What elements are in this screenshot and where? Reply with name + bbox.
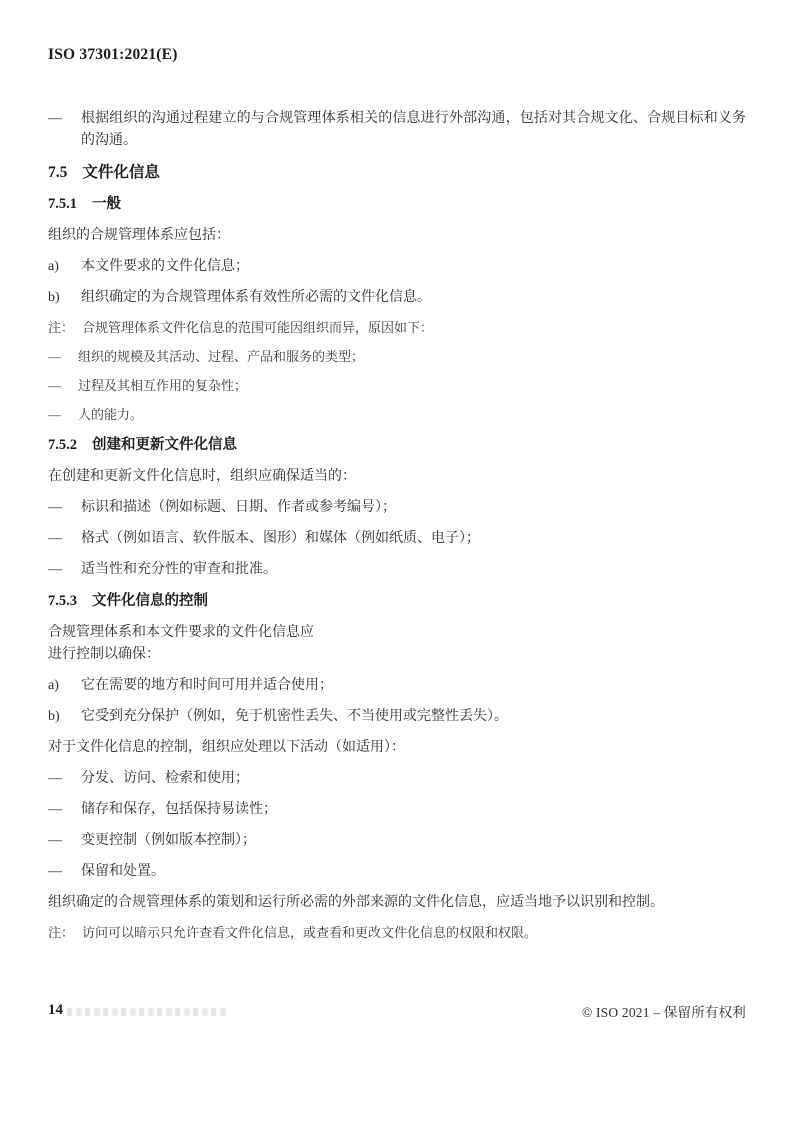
item-text: 变更控制（例如版本控制）； [81, 830, 746, 852]
item-dash-marker: — [48, 405, 78, 425]
item-text: 适当性和充分性的审查和批准。 [81, 559, 746, 581]
list-item-dash: —储存和保存，包括保持易读性； [48, 799, 746, 821]
list-item-dash: —变更控制（例如版本控制）； [48, 830, 746, 852]
document-body: —根据组织的沟通过程建立的与合规管理体系相关的信息进行外部沟通，包括对其合规文化… [48, 108, 746, 943]
heading-number: 7.5.3 [48, 590, 77, 613]
list-item-letter: b)组织确定的为合规管理体系有效性所必需的文件化信息。 [48, 287, 746, 309]
copyright-notice: © ISO 2021 – 保留所有权利 [582, 1001, 746, 1021]
list-item-dash: —组织的规模及其活动、过程、产品和服务的类型； [48, 347, 746, 367]
note-label: 注： [48, 318, 82, 338]
heading-title: 创建和更新文件化信息 [92, 434, 237, 457]
list-item-dash: —分发、访问、检索和使用； [48, 768, 746, 790]
note-label: 注： [48, 923, 82, 943]
item-text: 本文件要求的文件化信息； [81, 256, 746, 278]
page-number: 14 [48, 1001, 63, 1019]
note-paragraph: 注：访问可以暗示只允许查看文件化信息，或查看和更改文件化信息的权限和权限。 [48, 923, 746, 943]
item-dash-marker: — [48, 376, 78, 396]
subsection-heading: 7.5.1一般 [48, 193, 746, 216]
subsection-heading: 7.5.2创建和更新文件化信息 [48, 434, 746, 457]
heading-title: 一般 [92, 193, 121, 216]
list-item-letter: a)它在需要的地方和时间可用并适合使用； [48, 675, 746, 697]
body-paragraph: 对于文件化信息的控制，组织应处理以下活动（如适用）： [48, 737, 746, 759]
list-item-letter: b)它受到充分保护（例如，免于机密性丢失、不当使用或完整性丢失）。 [48, 706, 746, 728]
item-dash-marker: — [48, 768, 81, 790]
list-item-dash: —过程及其相互作用的复杂性； [48, 376, 746, 396]
item-dash-marker: — [48, 799, 81, 821]
item-text: 格式（例如语言、软件版本、图形）和媒体（例如纸质、电子）； [81, 528, 746, 550]
item-letter-marker: a) [48, 256, 81, 278]
heading-number: 7.5 [48, 161, 67, 184]
list-item-dash: —格式（例如语言、软件版本、图形）和媒体（例如纸质、电子）； [48, 528, 746, 550]
item-dash-marker: — [48, 528, 81, 550]
section-heading: 7.5文件化信息 [48, 161, 746, 184]
body-paragraph: 组织确定的合规管理体系的策划和运行所必需的外部来源的文件化信息，应适当地予以识别… [48, 892, 746, 914]
item-dash-marker: — [48, 559, 81, 581]
item-dash-marker: — [48, 108, 81, 152]
list-item-dash: —人的能力。 [48, 405, 746, 425]
item-text: 保留和处置。 [81, 861, 746, 883]
item-text: 根据组织的沟通过程建立的与合规管理体系相关的信息进行外部沟通，包括对其合规文化、… [81, 108, 746, 152]
list-item-dash: —适当性和充分性的审查和批准。 [48, 559, 746, 581]
page-footer: 14 © ISO 2021 – 保留所有权利 [48, 1001, 746, 1021]
item-dash-marker: — [48, 497, 81, 519]
item-text: 储存和保存，包括保持易读性； [81, 799, 746, 821]
item-text: 它在需要的地方和时间可用并适合使用； [81, 675, 746, 697]
heading-title: 文件化信息的控制 [92, 590, 208, 613]
note-text: 访问可以暗示只允许查看文件化信息，或查看和更改文件化信息的权限和权限。 [82, 923, 537, 943]
heading-title: 文件化信息 [82, 161, 160, 184]
document-page: ISO 37301:2021(E) —根据组织的沟通过程建立的与合规管理体系相关… [0, 0, 794, 1123]
item-letter-marker: b) [48, 287, 81, 309]
item-text: 组织确定的为合规管理体系有效性所必需的文件化信息。 [81, 287, 746, 309]
note-paragraph: 注：合规管理体系文件化信息的范围可能因组织而异，原因如下： [48, 318, 746, 338]
item-text: 分发、访问、检索和使用； [81, 768, 746, 790]
item-dash-marker: — [48, 830, 81, 852]
list-item-dash: —根据组织的沟通过程建立的与合规管理体系相关的信息进行外部沟通，包括对其合规文化… [48, 108, 746, 152]
item-text: 标识和描述（例如标题、日期、作者或参考编号）； [81, 497, 746, 519]
list-item-dash: —保留和处置。 [48, 861, 746, 883]
body-paragraph: 在创建和更新文件化信息时，组织应确保适当的： [48, 466, 746, 488]
item-dash-marker: — [48, 347, 78, 367]
subsection-heading: 7.5.3文件化信息的控制 [48, 590, 746, 613]
heading-number: 7.5.1 [48, 193, 77, 216]
doc-code-header: ISO 37301:2021(E) [48, 46, 746, 64]
item-text: 它受到充分保护（例如，免于机密性丢失、不当使用或完整性丢失）。 [81, 706, 746, 728]
body-paragraph: 合规管理体系和本文件要求的文件化信息应 进行控制以确保： [48, 622, 746, 666]
item-text: 过程及其相互作用的复杂性； [78, 376, 746, 396]
faded-print-artifact [67, 1008, 229, 1016]
list-item-letter: a)本文件要求的文件化信息； [48, 256, 746, 278]
item-letter-marker: a) [48, 675, 81, 697]
item-letter-marker: b) [48, 706, 81, 728]
item-text: 人的能力。 [78, 405, 746, 425]
item-dash-marker: — [48, 861, 81, 883]
heading-number: 7.5.2 [48, 434, 77, 457]
list-item-dash: —标识和描述（例如标题、日期、作者或参考编号）； [48, 497, 746, 519]
item-text: 组织的规模及其活动、过程、产品和服务的类型； [78, 347, 746, 367]
body-paragraph: 组织的合规管理体系应包括： [48, 225, 746, 247]
note-text: 合规管理体系文件化信息的范围可能因组织而异，原因如下： [82, 318, 433, 338]
